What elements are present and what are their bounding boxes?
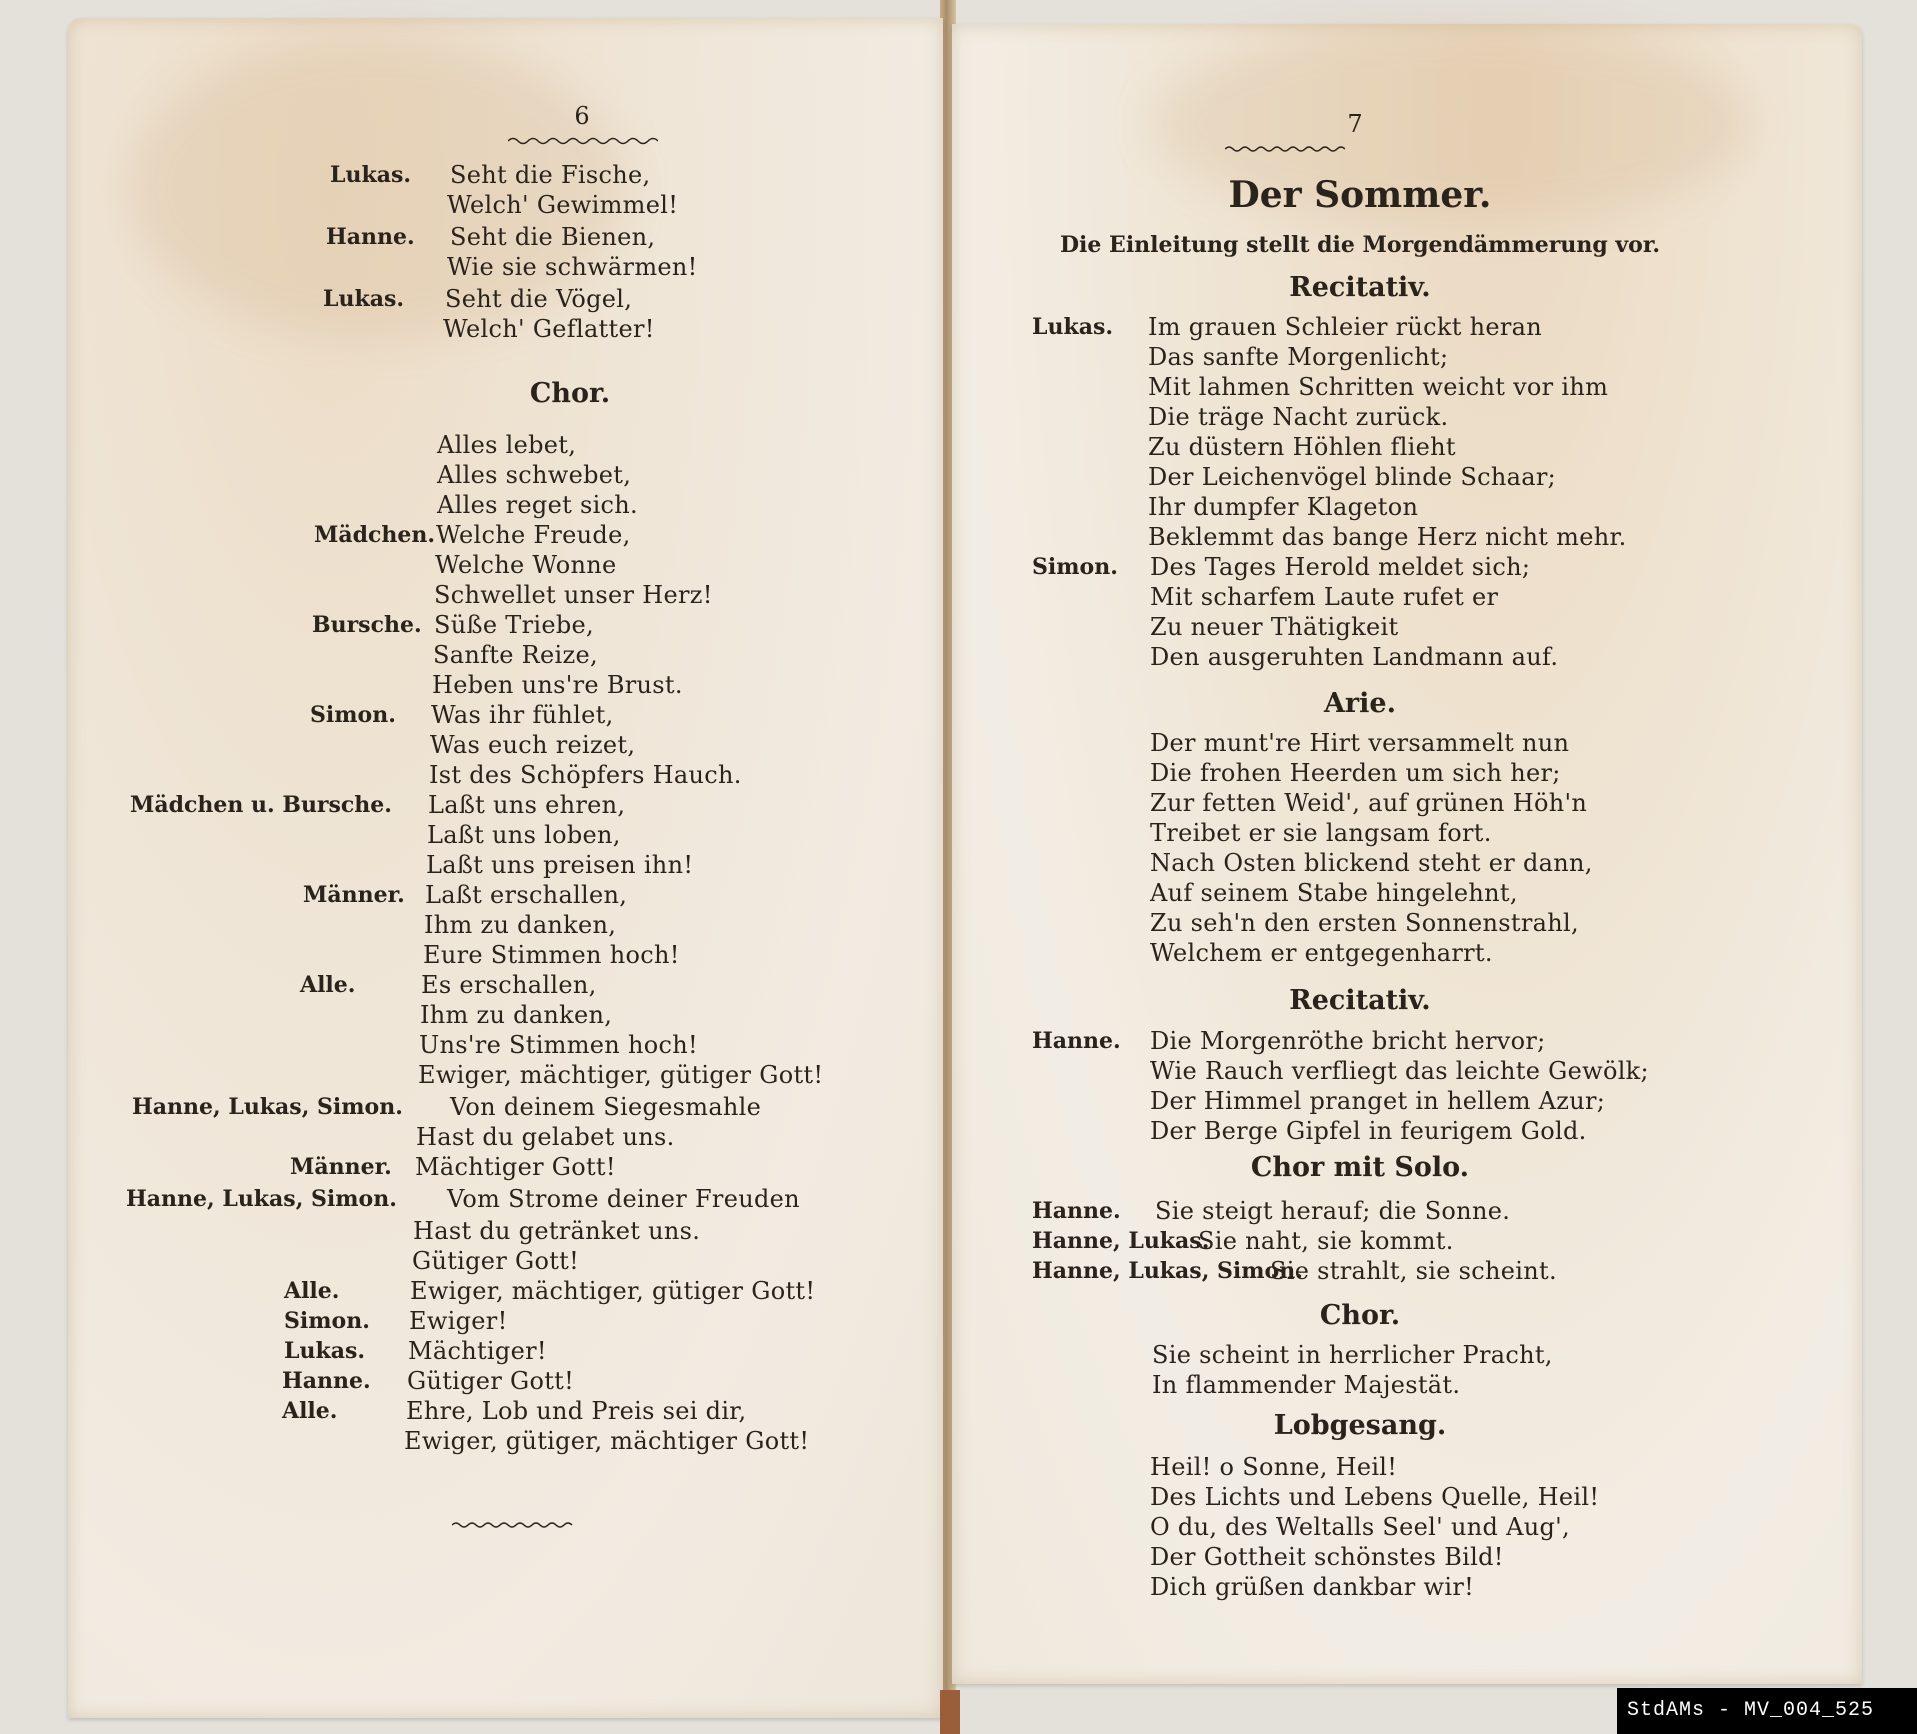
section-title: Der Sommer. xyxy=(1110,174,1610,216)
verse-line: Gütiger Gott! xyxy=(412,1246,579,1276)
speaker-label: Hanne. xyxy=(1032,1196,1121,1226)
speaker-label: Bursche. xyxy=(312,610,422,640)
verse-line: Zu seh'n den ersten Sonnenstrahl, xyxy=(1150,908,1579,938)
verse-line: Seht die Bienen, xyxy=(450,222,655,252)
verse-line: Von deinem Siegesmahle xyxy=(450,1092,761,1122)
speaker-label: Mädchen u. Bursche. xyxy=(130,790,392,820)
verse-line: Eure Stimmen hoch! xyxy=(423,940,680,970)
verse-line: Alles schwebet, xyxy=(437,460,631,490)
verse-line: Wie sie schwärmen! xyxy=(447,252,698,282)
verse-line: Was ihr fühlet, xyxy=(431,700,614,730)
section-heading: Chor. xyxy=(1280,1300,1440,1331)
verse-line: Beklemmt das bange Herz nicht mehr. xyxy=(1148,522,1627,552)
verse-line: Sie scheint in herrlicher Pracht, xyxy=(1152,1340,1553,1370)
page-number-right: 7 xyxy=(1295,110,1415,138)
verse-line: Heben uns're Brust. xyxy=(432,670,683,700)
verse-line: Die frohen Heerden um sich her; xyxy=(1150,758,1561,788)
verse-line: Der munt're Hirt versammelt nun xyxy=(1150,728,1569,758)
verse-line: Welch' Gewimmel! xyxy=(447,190,678,220)
verse-line: Was euch reizet, xyxy=(430,730,635,760)
verse-line: Zu düstern Höhlen flieht xyxy=(1148,432,1456,462)
verse-line: Sanfte Reize, xyxy=(433,640,598,670)
page-number-left: 6 xyxy=(522,102,642,130)
verse-line: Ewiger, mächtiger, gütiger Gott! xyxy=(410,1276,815,1306)
verse-line: Dich grüßen dankbar wir! xyxy=(1150,1572,1474,1602)
verse-line: Ewiger, mächtiger, gütiger Gott! xyxy=(418,1060,823,1090)
section-subtitle: Die Einleitung stellt die Morgendämmerun… xyxy=(1050,232,1670,258)
verse-line: Mächtiger! xyxy=(408,1336,547,1366)
end-rule-left xyxy=(452,1520,574,1530)
verse-line: Welche Wonne xyxy=(435,550,617,580)
verse-line: Sie strahlt, sie scheint. xyxy=(1270,1256,1557,1286)
verse-line: Wie Rauch verfliegt das leichte Gewölk; xyxy=(1150,1056,1649,1086)
verse-line: Der Berge Gipfel in feurigem Gold. xyxy=(1150,1116,1587,1146)
verse-line: Seht die Vögel, xyxy=(445,284,632,314)
section-heading: Lobgesang. xyxy=(1240,1410,1480,1441)
verse-line: Welche Freude, xyxy=(436,520,631,550)
verse-line: Nach Osten blickend steht er dann, xyxy=(1150,848,1593,878)
verse-line: Des Tages Herold meldet sich; xyxy=(1150,552,1530,582)
verse-line: Ewiger, gütiger, mächtiger Gott! xyxy=(404,1426,809,1456)
speaker-label: Männer. xyxy=(303,880,405,910)
verse-line: Im grauen Schleier rückt heran xyxy=(1148,312,1542,342)
verse-line: Seht die Fische, xyxy=(450,160,650,190)
verse-line: Zu neuer Thätigkeit xyxy=(1150,612,1398,642)
speaker-label: Lukas. xyxy=(1032,312,1113,342)
verse-line: Mit scharfem Laute rufet er xyxy=(1150,582,1498,612)
verse-line: Des Lichts und Lebens Quelle, Heil! xyxy=(1150,1482,1599,1512)
verse-line: Hast du gelabet uns. xyxy=(416,1122,675,1152)
section-heading: Recitativ. xyxy=(1240,272,1480,303)
verse-line: Den ausgeruhten Landmann auf. xyxy=(1150,642,1558,672)
speaker-label: Hanne. xyxy=(282,1366,371,1396)
verse-line: Mit lahmen Schritten weicht vor ihm xyxy=(1148,372,1608,402)
speaker-label: Hanne, Lukas, Simon. xyxy=(132,1092,403,1122)
speaker-label: Männer. xyxy=(290,1152,392,1182)
speaker-label: Simon. xyxy=(310,700,396,730)
speaker-label: Hanne, Lukas. xyxy=(1032,1226,1209,1256)
verse-line: O du, des Weltalls Seel' und Aug', xyxy=(1150,1512,1570,1542)
speaker-label: Hanne. xyxy=(1032,1026,1121,1056)
speaker-label: Simon. xyxy=(1032,552,1118,582)
verse-line: Der Gottheit schönstes Bild! xyxy=(1150,1542,1504,1572)
speaker-label: Lukas. xyxy=(330,160,411,190)
speaker-label: Hanne. xyxy=(326,222,415,252)
verse-line: Ist des Schöpfers Hauch. xyxy=(429,760,742,790)
verse-line: Sie steigt herauf; die Sonne. xyxy=(1155,1196,1510,1226)
book-spine-bottom xyxy=(940,1690,960,1734)
speaker-label: Simon. xyxy=(284,1306,370,1336)
speaker-label: Lukas. xyxy=(323,284,404,314)
verse-line: Ihm zu danken, xyxy=(420,1000,612,1030)
verse-line: Zur fetten Weid', auf grünen Höh'n xyxy=(1150,788,1587,818)
verse-line: Es erschallen, xyxy=(421,970,597,1000)
verse-line: Die träge Nacht zurück. xyxy=(1148,402,1448,432)
verse-line: Laßt uns preisen ihn! xyxy=(426,850,693,880)
verse-line: Auf seinem Stabe hingelehnt, xyxy=(1150,878,1518,908)
speaker-label: Hanne, Lukas, Simon. xyxy=(126,1184,397,1214)
speaker-label: Hanne, Lukas, Simon. xyxy=(1032,1256,1303,1286)
verse-line: Welch' Geflatter! xyxy=(443,314,655,344)
page-rule-right xyxy=(1225,144,1345,154)
speaker-label: Alle. xyxy=(284,1276,339,1306)
verse-line: Hast du getränket uns. xyxy=(413,1216,700,1246)
verse-line: Die Morgenröthe bricht hervor; xyxy=(1150,1026,1546,1056)
verse-line: Ihm zu danken, xyxy=(424,910,616,940)
speaker-label: Mädchen. xyxy=(314,520,435,550)
section-heading: Chor mit Solo. xyxy=(1210,1152,1510,1183)
verse-line: Uns're Stimmen hoch! xyxy=(419,1030,698,1060)
verse-line: Sie naht, sie kommt. xyxy=(1198,1226,1454,1256)
verse-line: Alles lebet, xyxy=(437,430,576,460)
verse-line: Schwellet unser Herz! xyxy=(434,580,713,610)
archive-watermark: StdAMs - MV_004_525 xyxy=(1617,1688,1917,1734)
verse-line: Laßt uns loben, xyxy=(427,820,621,850)
section-heading: Recitativ. xyxy=(1240,985,1480,1016)
verse-line: Alles reget sich. xyxy=(437,490,638,520)
verse-line: Laßt erschallen, xyxy=(425,880,627,910)
verse-line: Heil! o Sonne, Heil! xyxy=(1150,1452,1397,1482)
verse-line: Der Himmel pranget in hellem Azur; xyxy=(1150,1086,1605,1116)
verse-line: Ewiger! xyxy=(409,1306,508,1336)
section-heading: Chor. xyxy=(490,378,650,409)
verse-line: Ehre, Lob und Preis sei dir, xyxy=(406,1396,746,1426)
speaker-label: Alle. xyxy=(282,1396,337,1426)
section-heading: Arie. xyxy=(1270,688,1450,719)
verse-line: Ihr dumpfer Klageton xyxy=(1148,492,1418,522)
verse-line: Der Leichenvögel blinde Schaar; xyxy=(1148,462,1556,492)
verse-line: In flammender Majestät. xyxy=(1152,1370,1460,1400)
speaker-label: Lukas. xyxy=(284,1336,365,1366)
verse-line: Süße Triebe, xyxy=(434,610,594,640)
verse-line: Laßt uns ehren, xyxy=(428,790,625,820)
speaker-label: Alle. xyxy=(300,970,355,1000)
page-rule-left xyxy=(508,136,658,146)
verse-line: Mächtiger Gott! xyxy=(415,1152,616,1182)
verse-line: Gütiger Gott! xyxy=(407,1366,574,1396)
verse-line: Vom Strome deiner Freuden xyxy=(447,1184,800,1214)
verse-line: Welchem er entgegenharrt. xyxy=(1150,938,1493,968)
verse-line: Das sanfte Morgenlicht; xyxy=(1148,342,1448,372)
verse-line: Treibet er sie langsam fort. xyxy=(1150,818,1492,848)
